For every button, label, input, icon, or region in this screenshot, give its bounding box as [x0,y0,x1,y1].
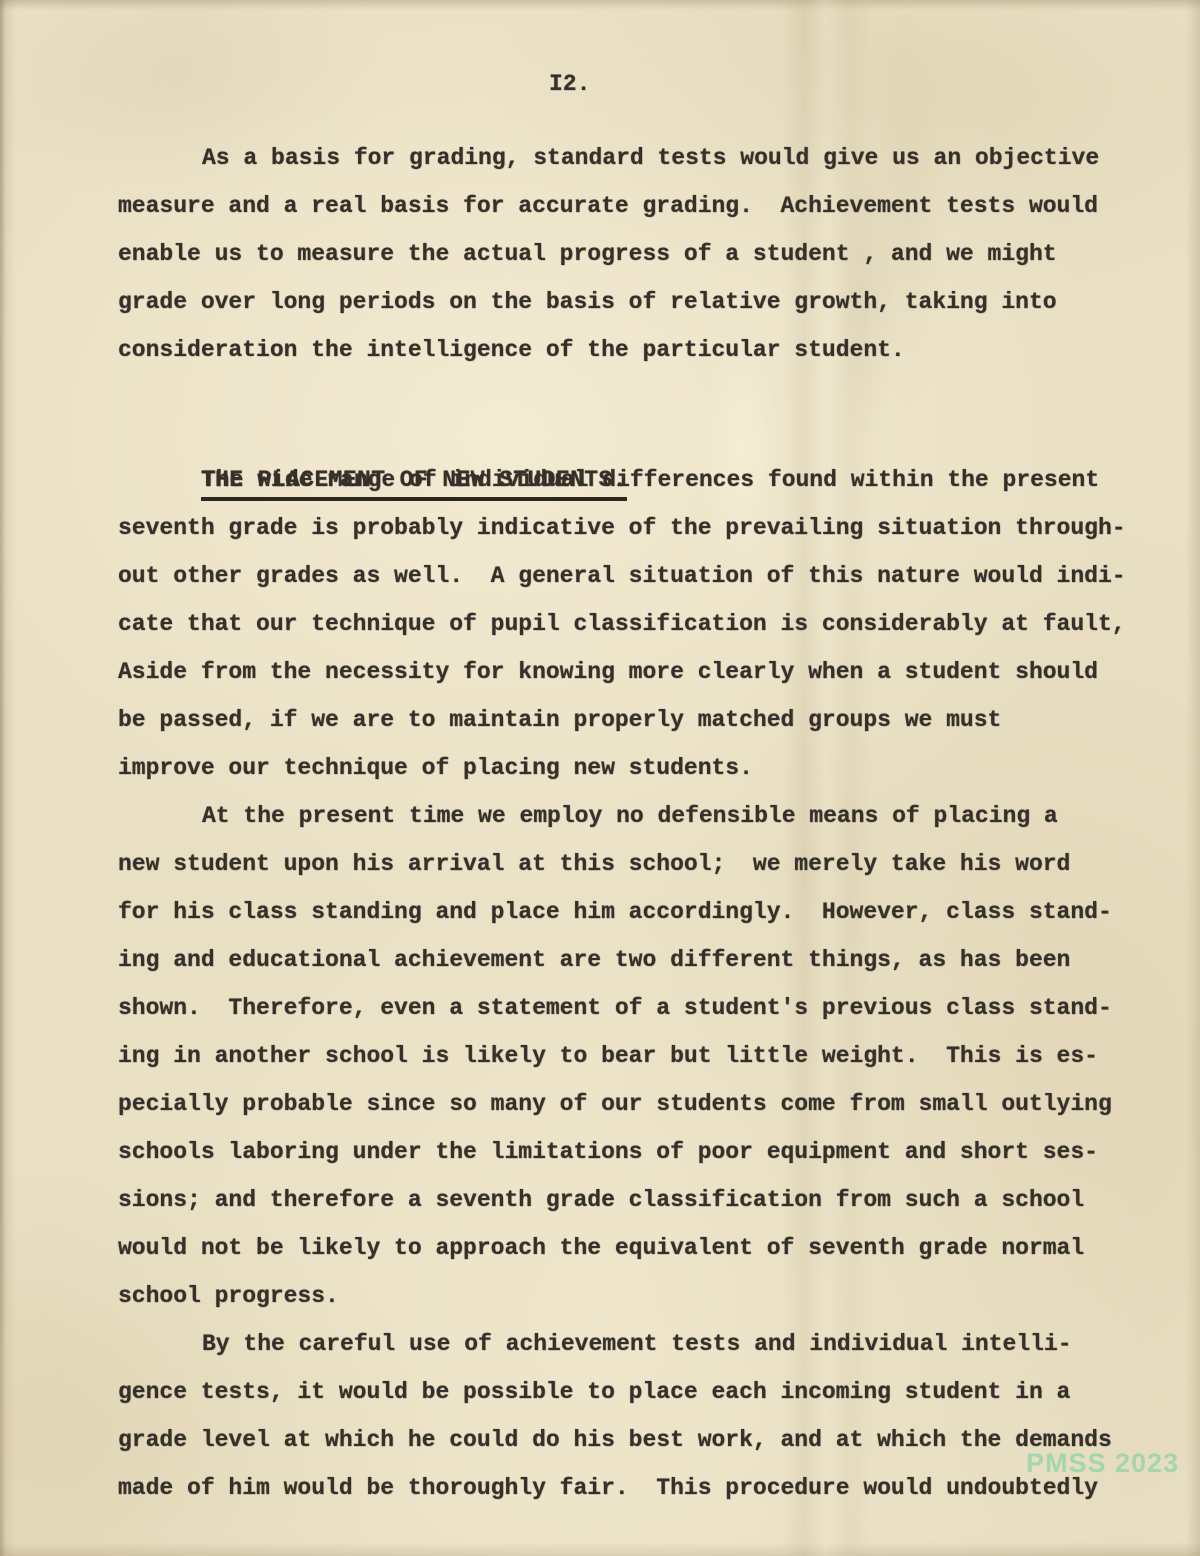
text-line: sions; and therefore a seventh grade cla… [118,1176,1128,1224]
section-heading: THE PLACEMENT OF NEW STUDENTS. [118,408,1128,456]
watermark: PMSS 2023 [1026,1448,1179,1479]
text-line: pecially probable since so many of our s… [118,1080,1128,1128]
text-line: would not be likely to approach the equi… [118,1224,1128,1272]
paragraph-4: By the careful use of achievement tests … [118,1320,1128,1512]
text-line: cate that our technique of pupil classif… [118,600,1128,648]
paragraph-2: The wide range of individual differences… [118,456,1128,792]
text-line: seventh grade is probably indicative of … [118,504,1128,552]
paragraph-1: As a basis for grading, standard tests w… [118,134,1128,374]
text-line: Aside from the necessity for knowing mor… [118,648,1128,696]
text-line: ing and educational achievement are two … [118,936,1128,984]
text-line: grade over long periods on the basis of … [118,278,1128,326]
text-line: enable us to measure the actual progress… [118,230,1128,278]
text-line: measure and a real basis for accurate gr… [118,182,1128,230]
text-line: ing in another school is likely to bear … [118,1032,1128,1080]
text-line: school progress. [118,1272,1128,1320]
paragraph-3: At the present time we employ no defensi… [118,792,1128,1320]
text-line: be passed, if we are to maintain properl… [118,696,1128,744]
text-line: The wide range of individual differences… [118,456,1128,504]
text-line: consideration the intelligence of the pa… [118,326,1128,374]
text-line: gence tests, it would be possible to pla… [118,1368,1128,1416]
text-line: new student upon his arrival at this sch… [118,840,1128,888]
text-line: grade level at which he could do his bes… [118,1416,1128,1464]
text-line: for his class standing and place him acc… [118,888,1128,936]
text-line: By the careful use of achievement tests … [118,1320,1128,1368]
text-block: As a basis for grading, standard tests w… [118,134,1128,1512]
text-line: At the present time we employ no defensi… [118,792,1128,840]
text-line: made of him would be thoroughly fair. Th… [118,1464,1128,1512]
text-line: As a basis for grading, standard tests w… [118,134,1128,182]
text-line: schools laboring under the limitations o… [118,1128,1128,1176]
text-line: shown. Therefore, even a statement of a … [118,984,1128,1032]
text-line: out other grades as well. A general situ… [118,552,1128,600]
document-page: I2. As a basis for grading, standard tes… [0,0,1200,1556]
text-line: improve our technique of placing new stu… [118,744,1128,792]
page-number: I2. [549,73,590,96]
